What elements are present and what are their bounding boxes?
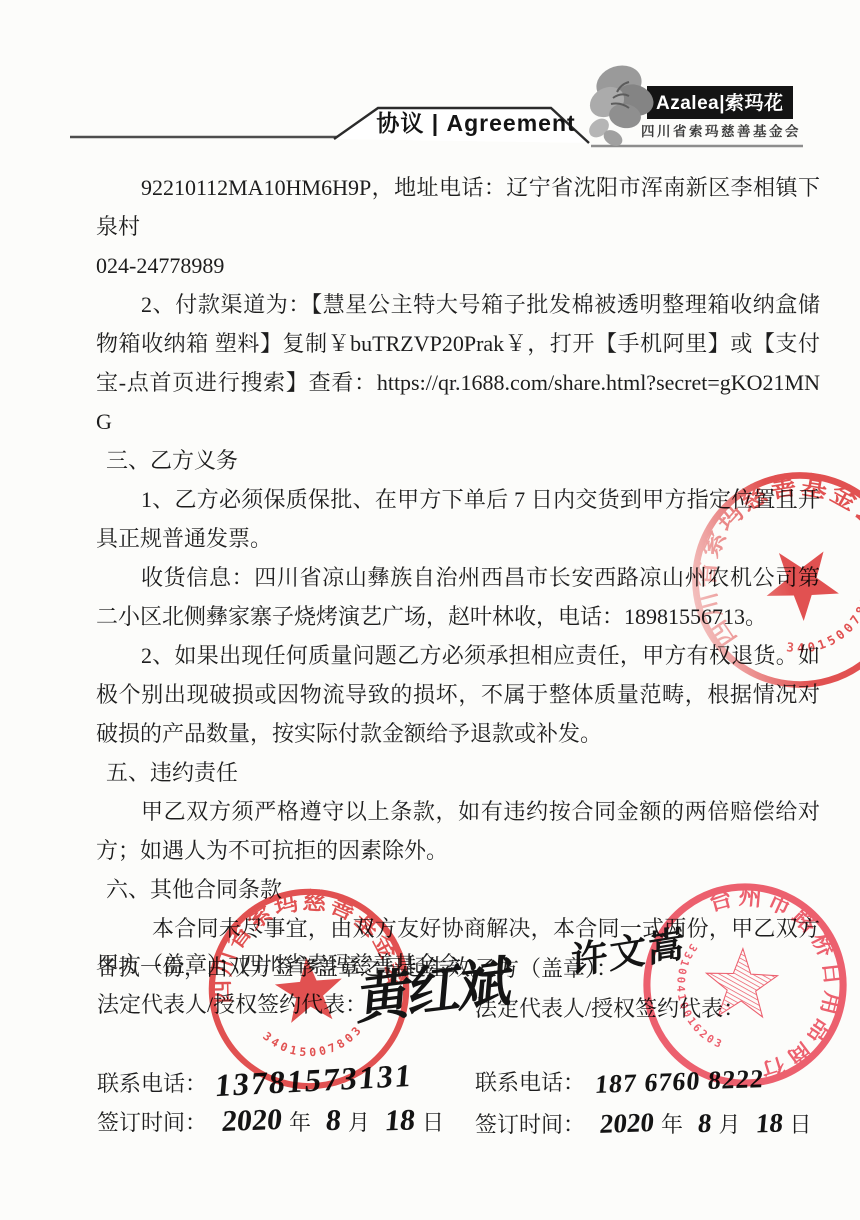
paragraph: 甲乙双方须严格遵守以上条款，如有违约按合同金额的两倍赔偿给对方；如遇人为不可抗拒… [96,792,820,870]
party-b-day-handwritten: 18 [754,1108,784,1140]
party-b-phone-label: 联系电话： [475,1066,585,1097]
party-a-phone-label: 联系电话： [97,1067,207,1098]
year-unit: 年 [289,1106,311,1137]
party-a-date-line: 签订时间： 2020 年 8 月 18 日 [97,1104,444,1138]
paragraph: 2、付款渠道为：【慧星公主特大号箱子批发棉被透明整理箱收纳盒储物箱收纳箱 塑料】… [96,285,820,441]
section-heading: 五、违约责任 [96,753,820,792]
party-a-year-handwritten: 2020 [220,1103,283,1139]
paragraph: 2、如果出现任何质量问题乙方必须承担相应责任，甲方有权退货。如极个别出现破损或因… [96,636,820,753]
paragraph: 92210112MA10HM6H9P，地址电话：辽宁省沈阳市浑南新区李相镇下泉村 [96,168,820,246]
banner-title: 协议 | Agreement [362,105,590,138]
star-icon [750,531,849,630]
party-a-month-handwritten: 8 [325,1104,343,1139]
month-unit: 月 [719,1108,741,1139]
section-heading: 三、乙方义务 [96,441,820,480]
day-unit: 日 [790,1108,812,1139]
party-b-date-line: 签订时间： 2020 年 8 月 18 日 [475,1108,812,1139]
star-icon [273,954,345,1024]
logo-brand: Azalea|索玛花 [647,86,793,119]
contract-page: 协议 | Agreement Azalea|索玛花 四川省索玛慈善基金会 922… [0,0,860,1220]
azalea-flower-icon [583,58,657,150]
svg-text:台州市路桥日用品商行: 台州市路桥日用品商行 [705,859,860,1085]
party-b-year-handwritten: 2020 [599,1107,656,1140]
paragraph: 024-24778989 [96,246,820,285]
logo-org-name: 四川省索玛慈善基金会 [641,120,801,140]
svg-text:34015007803: 34015007803 [259,1020,368,1063]
org-logo: Azalea|索玛花 四川省索玛慈善基金会 [583,56,813,156]
party-a-date-label: 签订时间： [97,1106,207,1137]
star-icon [703,941,788,1028]
party-b-month-handwritten: 8 [697,1108,713,1139]
party-a-day-handwritten: 18 [383,1103,416,1138]
day-unit: 日 [422,1106,444,1137]
month-unit: 月 [348,1106,370,1137]
party-b-date-label: 签订时间： [475,1108,585,1139]
